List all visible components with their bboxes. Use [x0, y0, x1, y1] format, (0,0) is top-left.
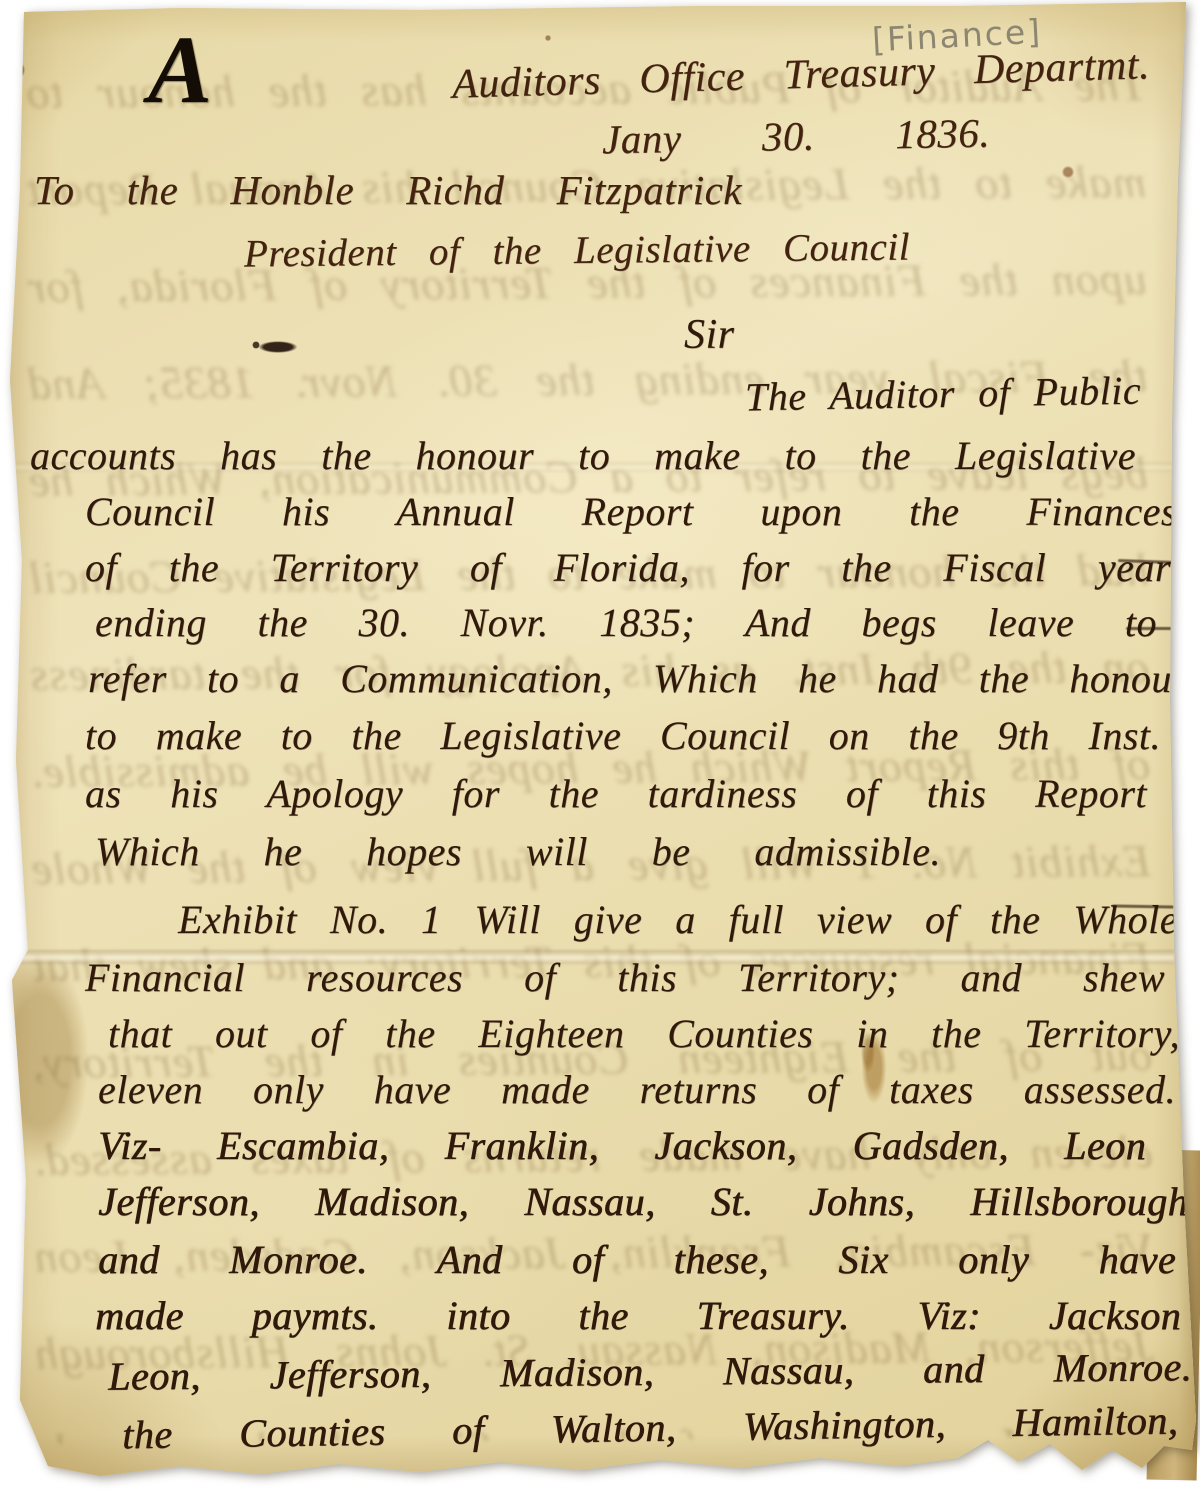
- body-line: Jefferson, Madison, Nassau, St. Johns, H…: [98, 1180, 1188, 1224]
- body-line: refer to a Communication, Which he had t…: [88, 657, 1188, 701]
- address-title-line: President of the Legislative Council: [244, 227, 910, 277]
- body-line: ending the 30. Novr. 1835; And begs leav…: [95, 601, 1157, 645]
- letterhead-office-line: Auditors Office Treasury Departmt.: [451, 42, 1150, 108]
- aged-paper-sheet: The Auditor of Public accounts has the h…: [0, 0, 1200, 1495]
- archival-exhibit-letter: A: [148, 14, 212, 125]
- body-line: The Auditor of Public: [745, 369, 1142, 420]
- body-line: as his Apology for the tardiness of this…: [85, 772, 1147, 816]
- body-line: accounts has the honour to make to the L…: [30, 434, 1136, 478]
- scanned-letter-page: The Auditor of Public accounts has the h…: [0, 0, 1200, 1495]
- body-line: Council his Annual Report upon the Finan…: [85, 490, 1177, 534]
- edge-ink-mark: [1126, 627, 1174, 630]
- body-line: and Monroe. And of these, Six only have: [98, 1238, 1176, 1282]
- body-line: eleven only have made returns of taxes a…: [98, 1068, 1176, 1112]
- body-line: Viz- Escambia, Franklin, Jackson, Gadsde…: [98, 1124, 1146, 1168]
- body-line: Exhibit No. 1 Will give a full view of t…: [178, 898, 1178, 942]
- body-line: of the Territory of Florida, for the Fis…: [85, 546, 1171, 590]
- body-line: made paymts. into the Treasury. Viz: Jac…: [95, 1294, 1181, 1338]
- paper-shadow: The Auditor of Public accounts has the h…: [0, 0, 1200, 1495]
- body-line: that out of the Eighteen Counties in the…: [108, 1012, 1180, 1056]
- body-line: Which he hopes will be admissible.: [95, 830, 941, 874]
- body-line: Financial resources of this Territory; a…: [85, 956, 1165, 1000]
- letterhead-date-line: Jany 30. 1836.: [602, 111, 991, 163]
- salutation: Sir: [684, 312, 735, 358]
- body-line: to make to the Legislative Council on th…: [85, 714, 1161, 758]
- address-to-line: To the Honble Richd Fitzpatrick: [34, 168, 742, 213]
- body-line: Leon, Jefferson, Madison, Nassau, and Mo…: [108, 1345, 1192, 1398]
- body-line: the Counties of Walton, Washington, Hami…: [122, 1399, 1179, 1458]
